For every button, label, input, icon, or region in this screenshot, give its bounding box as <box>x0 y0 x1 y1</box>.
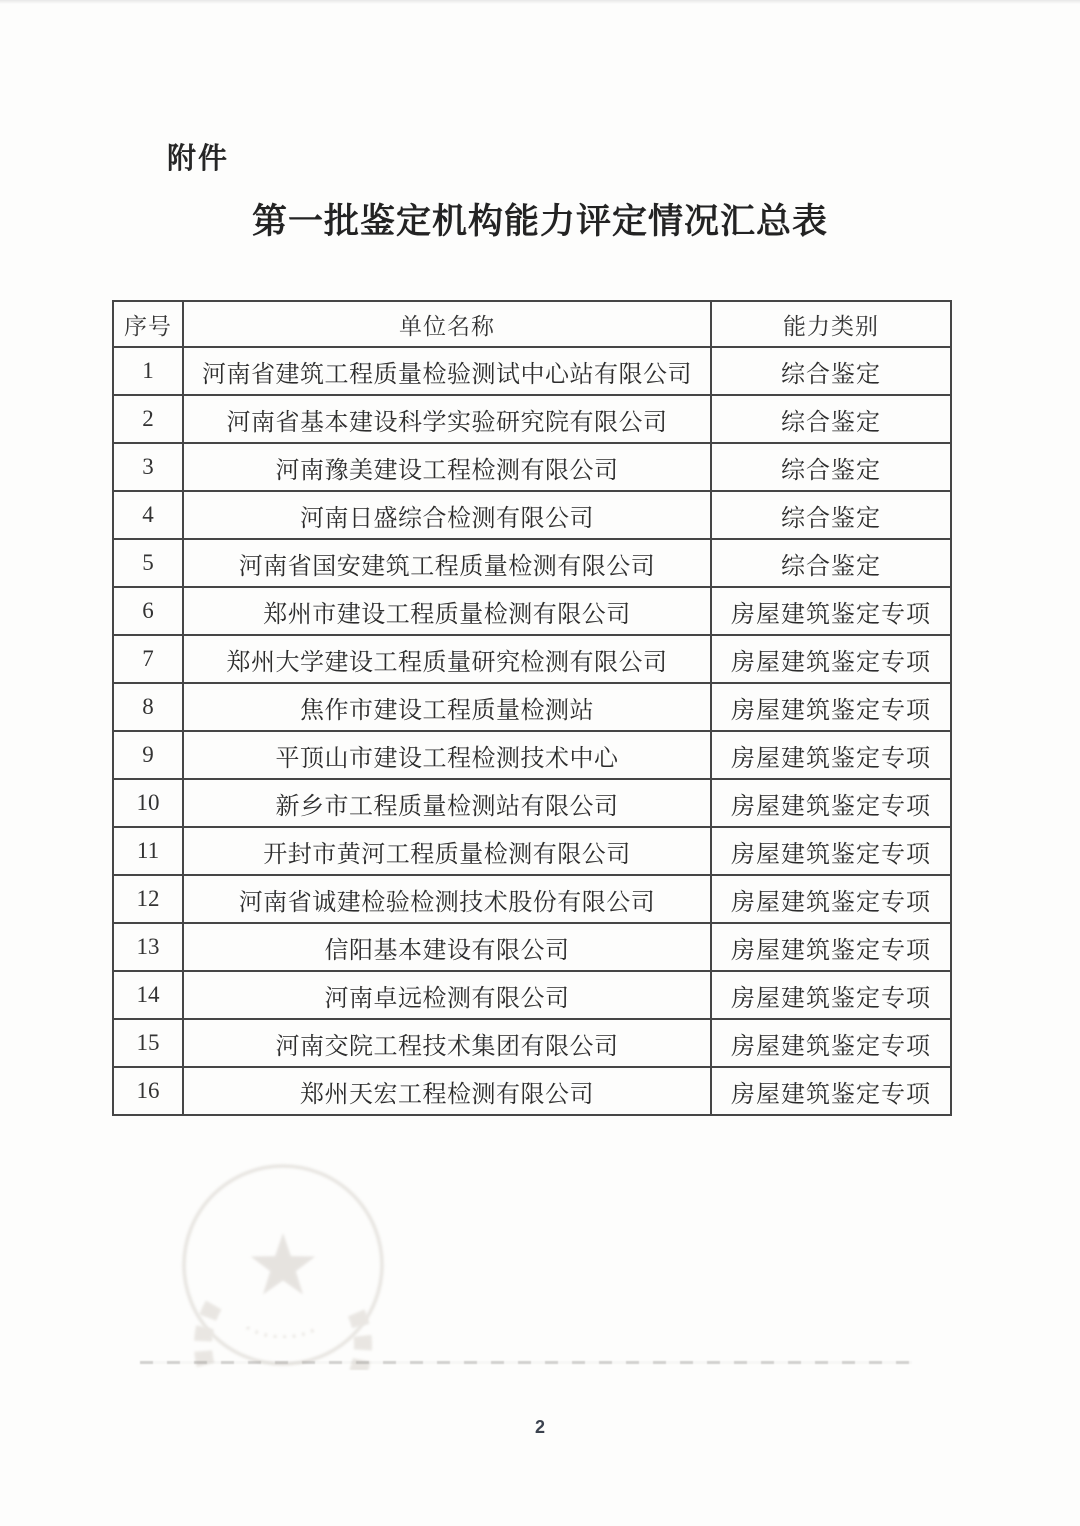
header-cell-name: 单位名称 <box>183 301 711 347</box>
cell-category: 综合鉴定 <box>711 491 951 539</box>
cell-index: 12 <box>113 875 183 923</box>
table-row: 16 郑州天宏工程检测有限公司 房屋建筑鉴定专项 <box>113 1067 951 1115</box>
cell-index: 4 <box>113 491 183 539</box>
document-page: 附件 第一批鉴定机构能力评定情况汇总表 序号 单位名称 能力类别 1 河南省建筑… <box>0 0 1080 1526</box>
cell-index: 8 <box>113 683 183 731</box>
cell-index: 6 <box>113 587 183 635</box>
cell-name: 河南省基本建设科学实验研究院有限公司 <box>183 395 711 443</box>
cell-name: 河南豫美建设工程检测有限公司 <box>183 443 711 491</box>
table-row: 13 信阳基本建设有限公司 房屋建筑鉴定专项 <box>113 923 951 971</box>
table-row: 9 平顶山市建设工程检测技术中心 房屋建筑鉴定专项 <box>113 731 951 779</box>
cell-category: 房屋建筑鉴定专项 <box>711 971 951 1019</box>
cell-index: 13 <box>113 923 183 971</box>
cell-category: 综合鉴定 <box>711 539 951 587</box>
cell-name: 河南交院工程技术集团有限公司 <box>183 1019 711 1067</box>
cell-name: 开封市黄河工程质量检测有限公司 <box>183 827 711 875</box>
cell-category: 房屋建筑鉴定专项 <box>711 635 951 683</box>
cell-index: 11 <box>113 827 183 875</box>
cell-name: 河南省国安建筑工程质量检测有限公司 <box>183 539 711 587</box>
cell-index: 7 <box>113 635 183 683</box>
cell-name: 信阳基本建设有限公司 <box>183 923 711 971</box>
star-icon <box>251 1233 316 1295</box>
official-seal-stamp <box>178 1160 388 1370</box>
cell-index: 5 <box>113 539 183 587</box>
table-row: 8 焦作市建设工程质量检测站 房屋建筑鉴定专项 <box>113 683 951 731</box>
page-number: 2 <box>0 1417 1080 1438</box>
cell-name: 平顶山市建设工程检测技术中心 <box>183 731 711 779</box>
cell-category: 综合鉴定 <box>711 443 951 491</box>
attachment-label: 附件 <box>167 136 229 177</box>
table-row: 5 河南省国安建筑工程质量检测有限公司 综合鉴定 <box>113 539 951 587</box>
cell-index: 14 <box>113 971 183 1019</box>
header-cell-category: 能力类别 <box>711 301 951 347</box>
scan-smudge-line <box>140 1361 912 1364</box>
cell-name: 焦作市建设工程质量检测站 <box>183 683 711 731</box>
table-row: 12 河南省诚建检验检测技术股份有限公司 房屋建筑鉴定专项 <box>113 875 951 923</box>
cell-category: 房屋建筑鉴定专项 <box>711 683 951 731</box>
table-row: 6 郑州市建设工程质量检测有限公司 房屋建筑鉴定专项 <box>113 587 951 635</box>
table-header-row: 序号 单位名称 能力类别 <box>113 301 951 347</box>
cell-name: 河南日盛综合检测有限公司 <box>183 491 711 539</box>
header-cell-index: 序号 <box>113 301 183 347</box>
cell-category: 房屋建筑鉴定专项 <box>711 779 951 827</box>
cell-category: 房屋建筑鉴定专项 <box>711 875 951 923</box>
table-row: 11 开封市黄河工程质量检测有限公司 房屋建筑鉴定专项 <box>113 827 951 875</box>
cell-category: 房屋建筑鉴定专项 <box>711 923 951 971</box>
table-row: 15 河南交院工程技术集团有限公司 房屋建筑鉴定专项 <box>113 1019 951 1067</box>
summary-table: 序号 单位名称 能力类别 1 河南省建筑工程质量检验测试中心站有限公司 综合鉴定… <box>112 300 952 1116</box>
cell-index: 10 <box>113 779 183 827</box>
cell-category: 房屋建筑鉴定专项 <box>711 1067 951 1115</box>
cell-name: 河南卓远检测有限公司 <box>183 971 711 1019</box>
cell-index: 15 <box>113 1019 183 1067</box>
table-row: 2 河南省基本建设科学实验研究院有限公司 综合鉴定 <box>113 395 951 443</box>
cell-name: 新乡市工程质量检测站有限公司 <box>183 779 711 827</box>
document-title: 第一批鉴定机构能力评定情况汇总表 <box>0 194 1080 244</box>
table-row: 14 河南卓远检测有限公司 房屋建筑鉴定专项 <box>113 971 951 1019</box>
table-row: 3 河南豫美建设工程检测有限公司 综合鉴定 <box>113 443 951 491</box>
table-row: 10 新乡市工程质量检测站有限公司 房屋建筑鉴定专项 <box>113 779 951 827</box>
cell-category: 房屋建筑鉴定专项 <box>711 827 951 875</box>
table-row: 1 河南省建筑工程质量检验测试中心站有限公司 综合鉴定 <box>113 347 951 395</box>
table-row: 4 河南日盛综合检测有限公司 综合鉴定 <box>113 491 951 539</box>
cell-index: 9 <box>113 731 183 779</box>
table-body: 1 河南省建筑工程质量检验测试中心站有限公司 综合鉴定 2 河南省基本建设科学实… <box>113 347 951 1115</box>
cell-index: 2 <box>113 395 183 443</box>
cell-category: 房屋建筑鉴定专项 <box>711 731 951 779</box>
cell-name: 河南省建筑工程质量检验测试中心站有限公司 <box>183 347 711 395</box>
cell-category: 综合鉴定 <box>711 347 951 395</box>
cell-category: 综合鉴定 <box>711 395 951 443</box>
table-row: 7 郑州大学建设工程质量研究检测有限公司 房屋建筑鉴定专项 <box>113 635 951 683</box>
seal-bottom-dots <box>247 1327 319 1337</box>
cell-name: 郑州天宏工程检测有限公司 <box>183 1067 711 1115</box>
cell-index: 1 <box>113 347 183 395</box>
cell-category: 房屋建筑鉴定专项 <box>711 587 951 635</box>
cell-index: 3 <box>113 443 183 491</box>
cell-index: 16 <box>113 1067 183 1115</box>
cell-name: 郑州大学建设工程质量研究检测有限公司 <box>183 635 711 683</box>
cell-name: 郑州市建设工程质量检测有限公司 <box>183 587 711 635</box>
cell-category: 房屋建筑鉴定专项 <box>711 1019 951 1067</box>
cell-name: 河南省诚建检验检测技术股份有限公司 <box>183 875 711 923</box>
